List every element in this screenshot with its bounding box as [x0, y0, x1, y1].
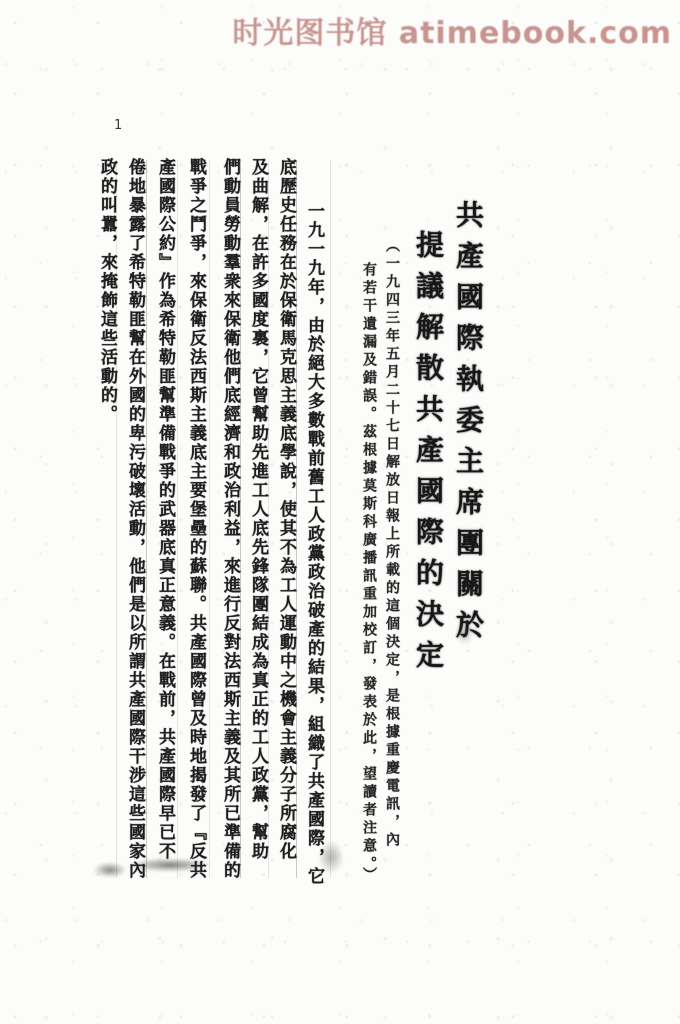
body-column-6: 產國際公約』作為希特勒匪幫準備戰爭的武器底真正意義。在戰前，共產國際早已不 [150, 158, 178, 861]
document-title-line-1: 共產國際執委主席團關於 [448, 200, 488, 651]
column-rule [209, 160, 210, 878]
body-column-4: 們動員勞動羣衆來保衛他們底經濟和政治利益，來進行反對法西斯主義及其所已準備的 [215, 158, 243, 880]
editorial-note-column-2: 有若干遺漏及錯誤。茲根據莫斯科廣播訊重加校訂，發表於此，望讀者注意。） [359, 262, 379, 885]
body-column-5: 戰爭之鬥爭，來保衛反法西斯主義底主要堡壘的蘇聯。共產國際曾及時地揭發了『反共 [181, 158, 209, 880]
body-column-8: 政的叫囂，來掩飾這些活動的。 [92, 158, 120, 424]
page-number: 1 [114, 118, 122, 133]
scanned-document-page: 时光图书馆 atimebook.com 1 共產國際執委主席團關於 提議解散共產… [0, 0, 680, 1024]
site-watermark: 时光图书馆 atimebook.com [232, 8, 672, 52]
body-column-2: 底歷史任務在於保衛馬克思主義底學說，使其不為工人運動中之機會主義分子所腐化 [271, 158, 299, 861]
document-title-line-2: 提議解散共產國際的決定 [408, 230, 448, 681]
editorial-note-column-1: （一九四三年五月二十七日解放日報上所載的這個決定，是根據重慶電訊，內 [382, 238, 402, 850]
body-column-7: 倦地暴露了希特勒匪幫在外國的卑污破壞活動，他們是以所謂共產國際干涉這些國家內 [120, 158, 148, 880]
column-rule [330, 160, 331, 878]
body-column-1: 一九一九年，由於絕大多數戰前舊工人政黨政治破產的結果，組織了共產國際，它 [299, 158, 327, 886]
body-column-3: 及曲解，在許多國度裏，它曾幫助先進工人底先鋒隊團結成為真正的工人政黨，幫助 [243, 158, 271, 861]
